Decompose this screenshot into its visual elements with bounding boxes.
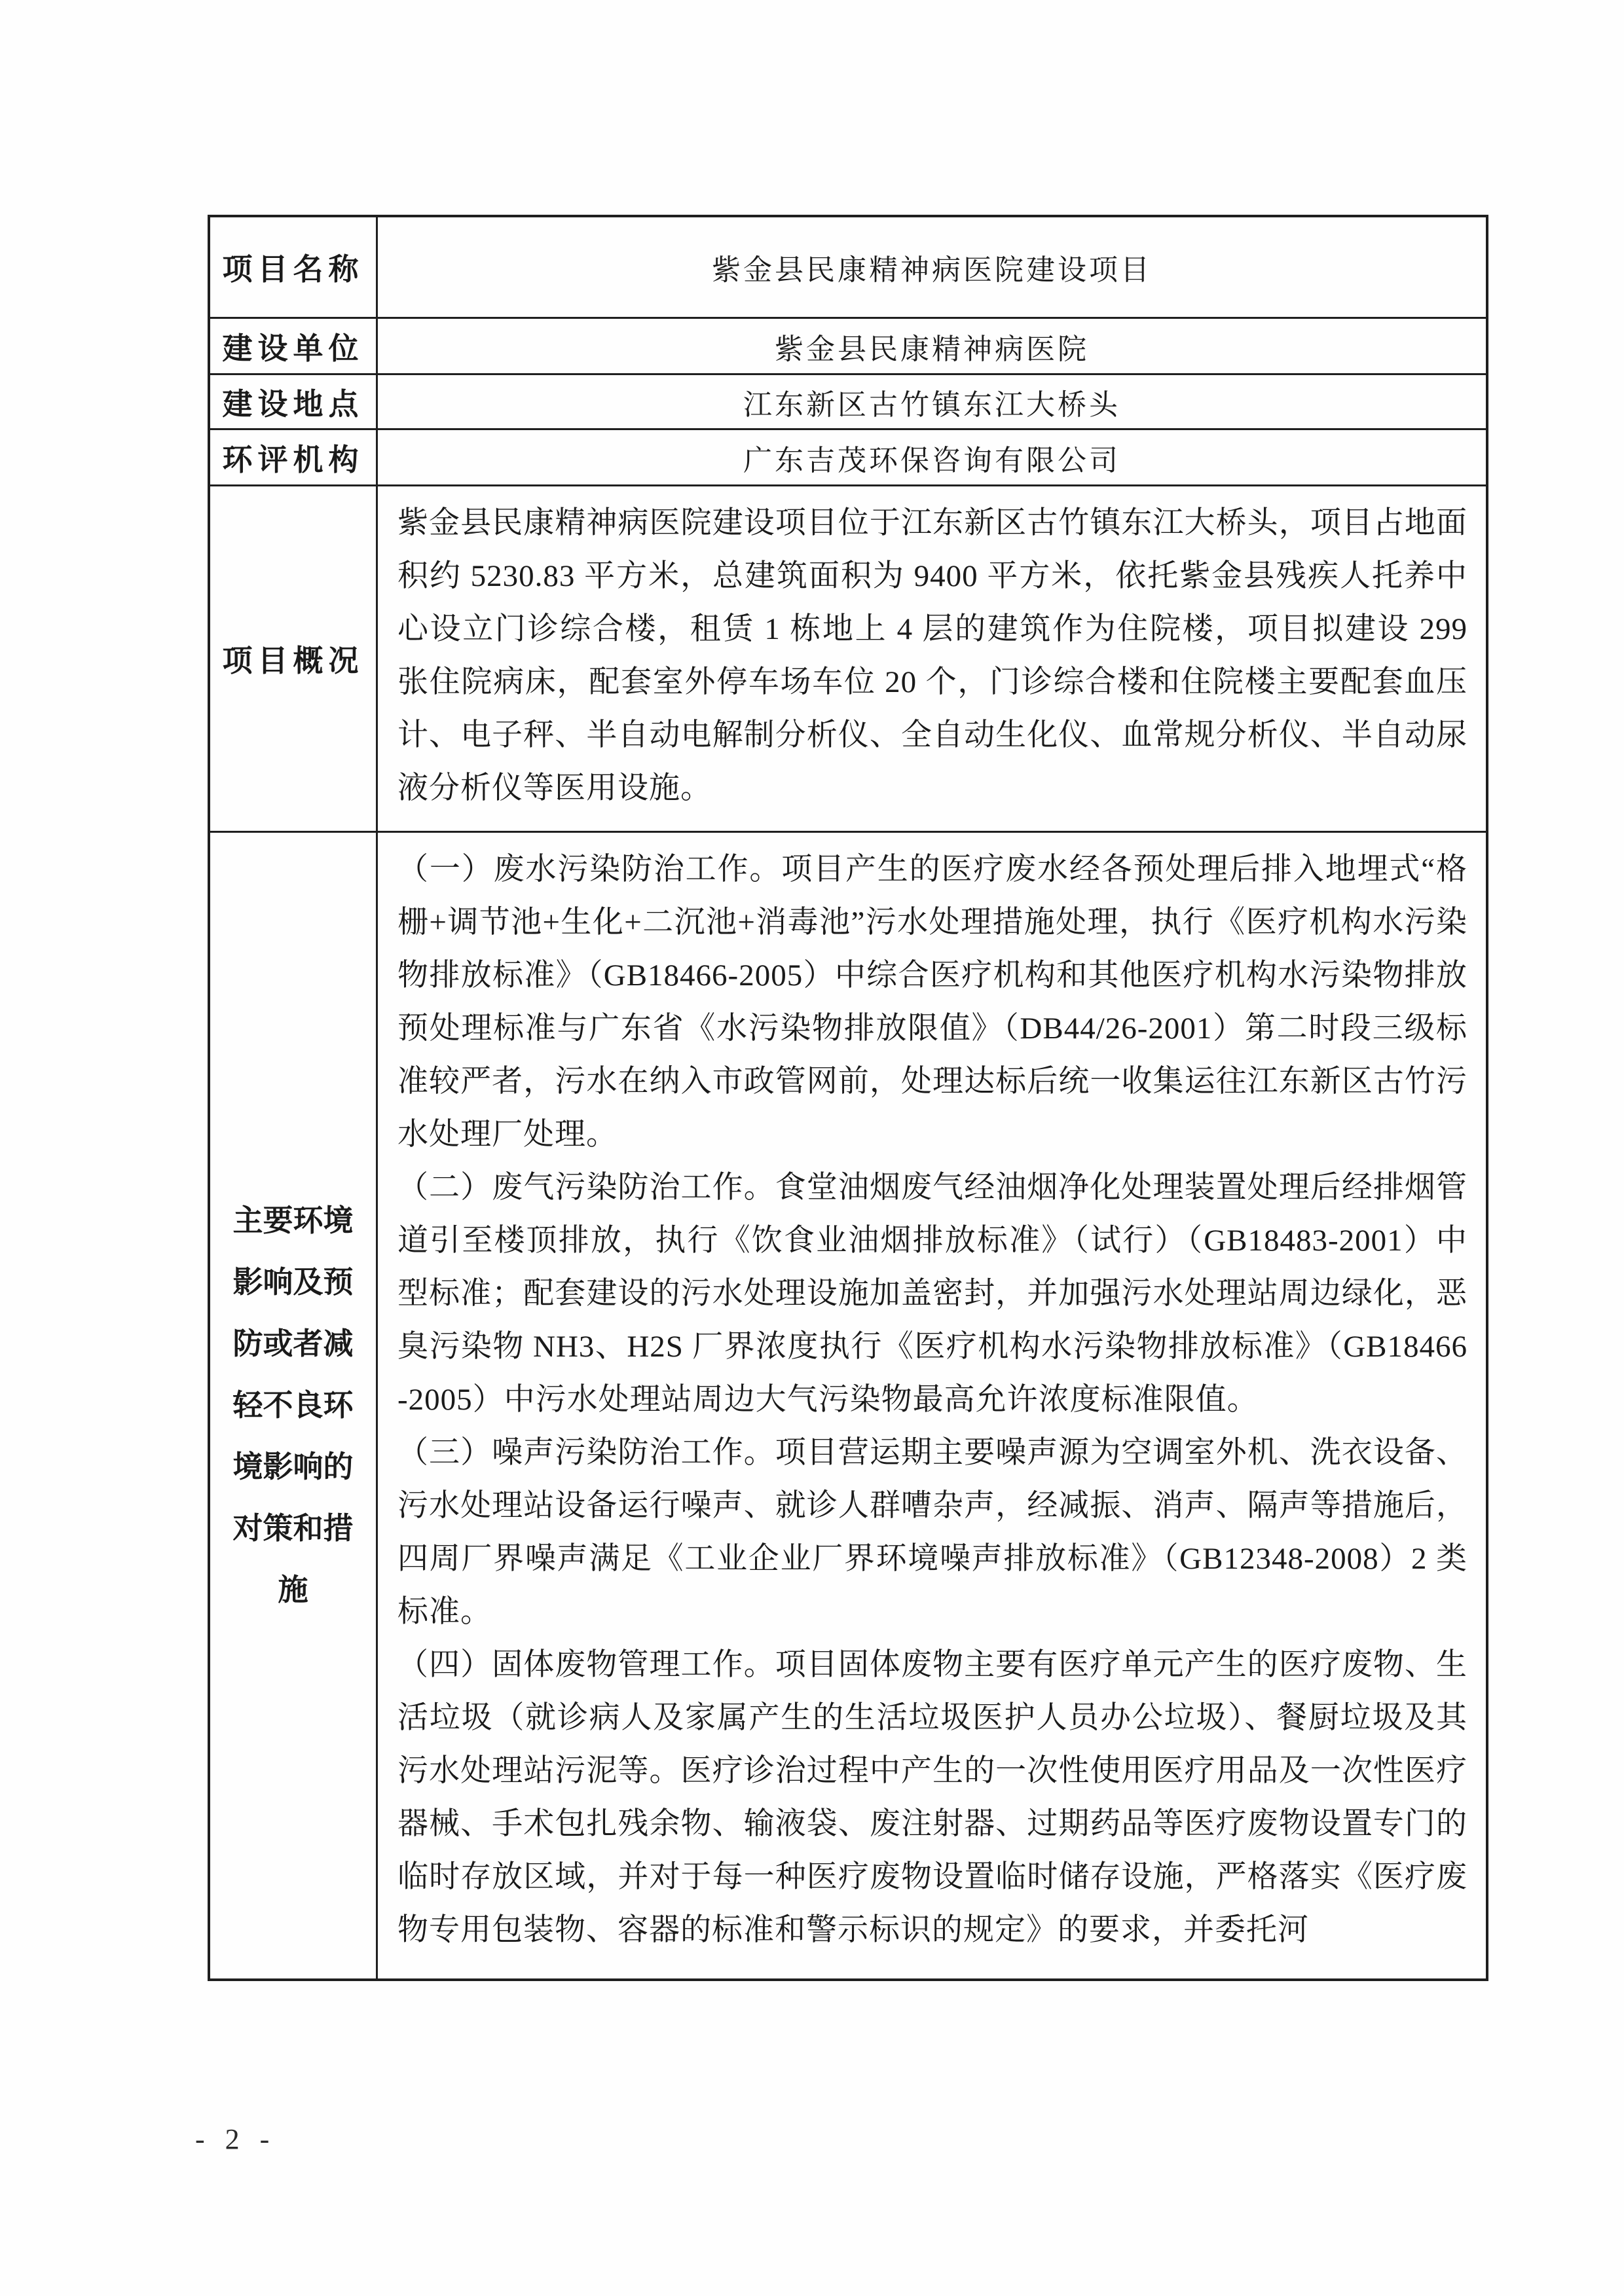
row-value: 江东新区古竹镇东江大桥头 [743,381,1120,423]
row-label-cell: 项目概况 [210,486,378,831]
overview-paragraph: 紫金县民康精神病医院建设项目位于江东新区古竹镇东江大桥头，项目占地面积约 523… [397,497,1467,815]
row-label-cell: 环评机构 [210,430,378,484]
row-value-cell: 江东新区古竹镇东江大桥头 [378,375,1486,428]
row-label: 建设地点 [223,380,364,424]
row-label: 环评机构 [223,436,364,479]
table-row-construction-site: 建设地点 江东新区古竹镇东江大桥头 [210,375,1486,430]
table-row-environmental-measures: 主要环境影响及预防或者减轻不良环境影响的对策和措施 （一）废水污染防治工作。项目… [210,833,1486,1978]
row-label: 建设单位 [223,325,364,368]
row-label-cell: 建设地点 [210,375,378,428]
row-value-cell: 紫金县民康精神病医院 [378,319,1486,373]
page-number: - 2 - [195,2123,276,2156]
row-label: 项目概况 [223,637,364,680]
measures-text-cell: （一）废水污染防治工作。项目产生的医疗废水经各预处理后排入地埋式“格栅+调节池+… [378,833,1486,1978]
row-label-cell: 项目名称 [210,217,378,317]
row-value: 紫金县民康精神病医院建设项目 [712,246,1152,288]
table-row-construction-unit: 建设单位 紫金县民康精神病医院 [210,319,1486,375]
measures-paragraph-wastewater: （一）废水污染防治工作。项目产生的医疗废水经各预处理后排入地埋式“格栅+调节池+… [397,843,1467,1161]
document-page: 项目名称 紫金县民康精神病医院建设项目 建设单位 紫金县民康精神病医院 建设地点… [0,0,1624,2296]
measures-paragraph-solid-waste: （四）固体废物管理工作。项目固体废物主要有医疗单元产生的医疗废物、生活垃圾（就诊… [397,1639,1467,1957]
row-value-cell: 紫金县民康精神病医院建设项目 [378,217,1486,317]
row-label-cell: 主要环境影响及预防或者减轻不良环境影响的对策和措施 [210,833,378,1978]
row-label: 主要环境影响及预防或者减轻不良环境影响的对策和措施 [229,1190,358,1621]
row-value: 广东吉茂环保咨询有限公司 [743,437,1120,479]
overview-text-cell: 紫金县民康精神病医院建设项目位于江东新区古竹镇东江大桥头，项目占地面积约 523… [378,486,1486,831]
table-row-project-overview: 项目概况 紫金县民康精神病医院建设项目位于江东新区古竹镇东江大桥头，项目占地面积… [210,486,1486,833]
table-row-eia-agency: 环评机构 广东吉茂环保咨询有限公司 [210,430,1486,486]
measures-paragraph-noise: （三）噪声污染防治工作。项目营运期主要噪声源为空调室外机、洗衣设备、污水处理站设… [397,1427,1467,1639]
row-value-cell: 广东吉茂环保咨询有限公司 [378,430,1486,484]
row-label-cell: 建设单位 [210,319,378,373]
row-value: 紫金县民康精神病医院 [775,325,1089,367]
project-info-table: 项目名称 紫金县民康精神病医院建设项目 建设单位 紫金县民康精神病医院 建设地点… [208,215,1488,1981]
measures-paragraph-exhaust: （二）废气污染防治工作。食堂油烟废气经油烟净化处理装置处理后经排烟管道引至楼顶排… [397,1161,1467,1427]
row-label: 项目名称 [223,246,364,289]
table-row-project-name: 项目名称 紫金县民康精神病医院建设项目 [210,217,1486,319]
